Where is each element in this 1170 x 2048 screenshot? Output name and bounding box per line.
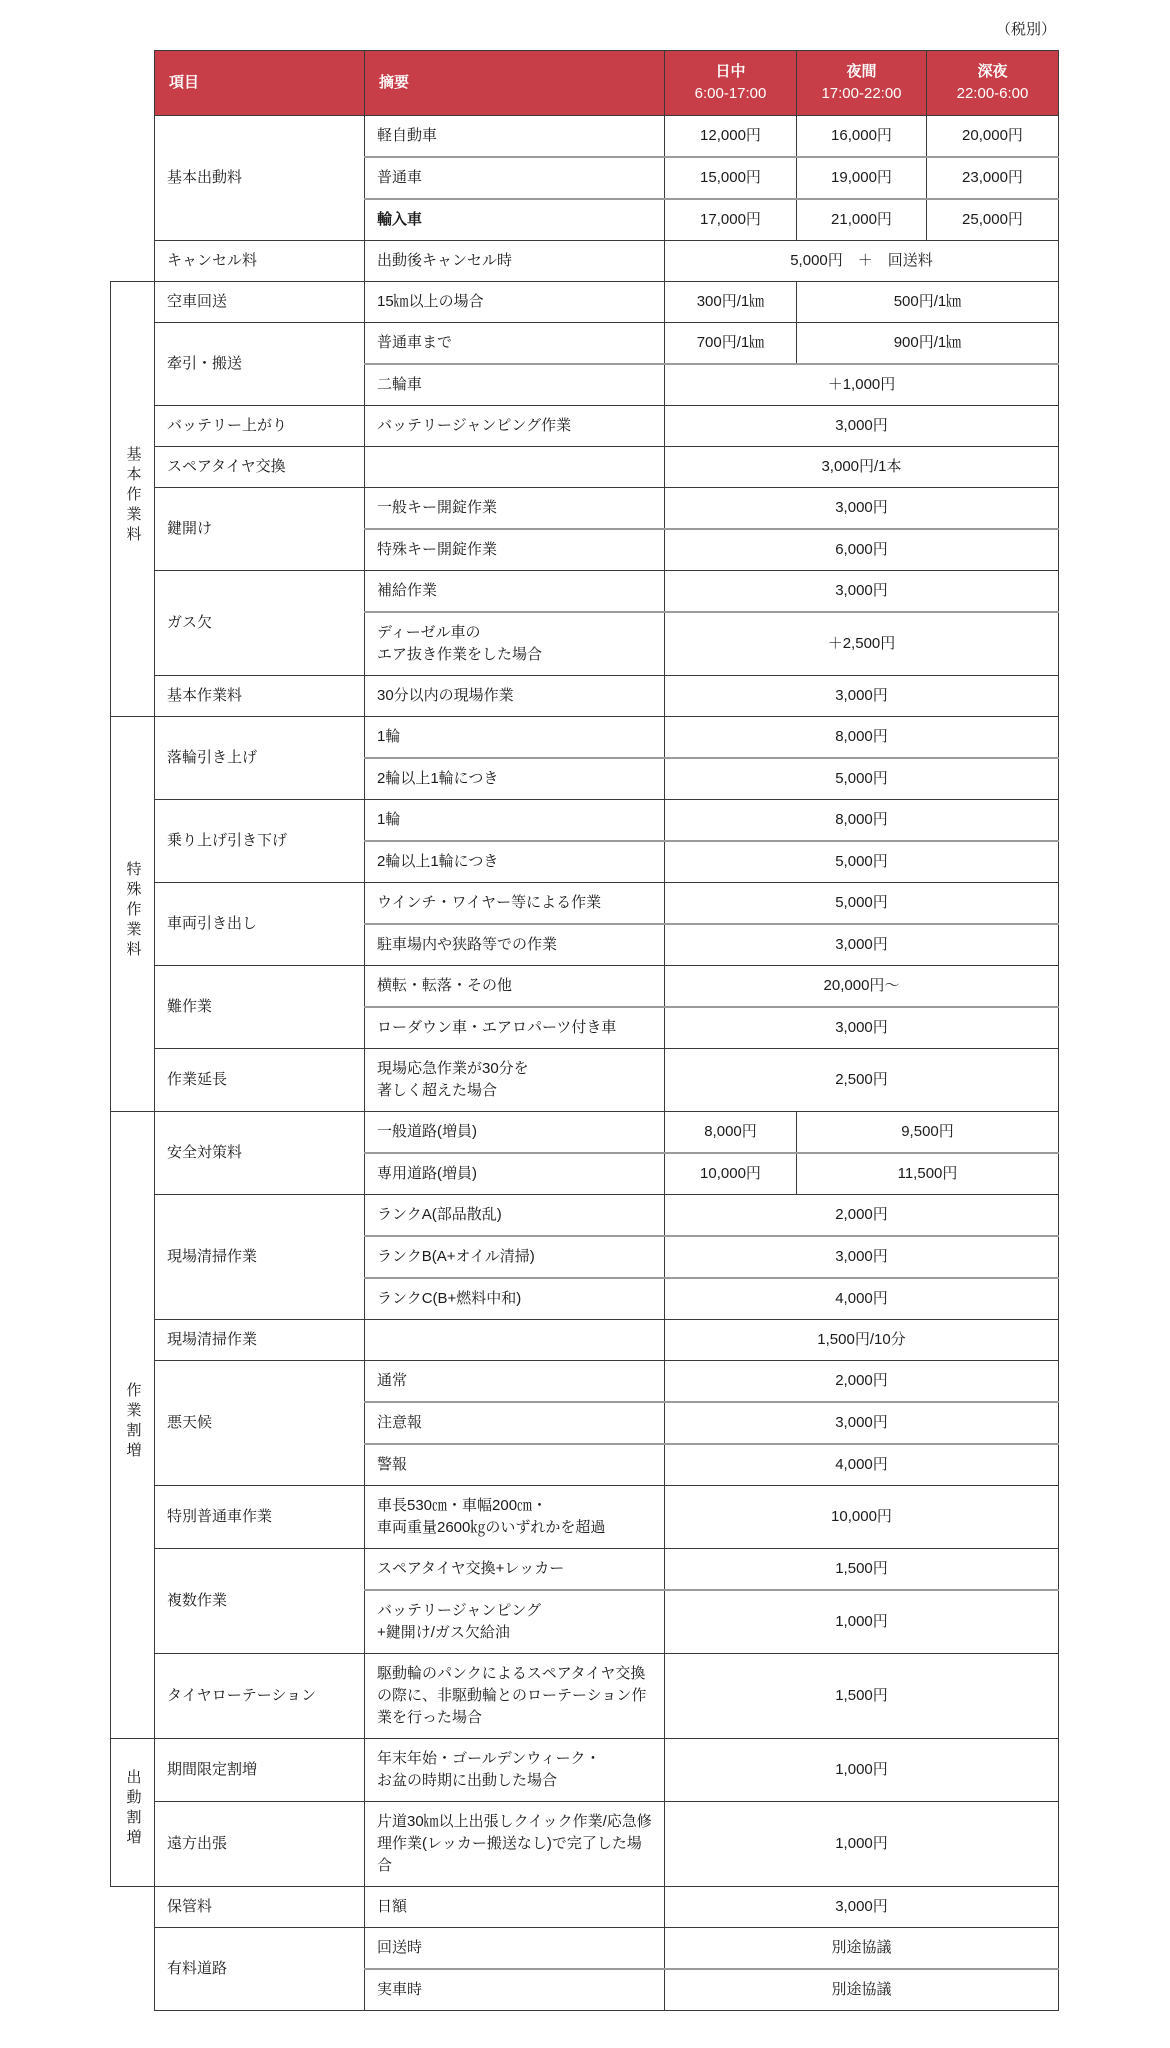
price-cell-merged: 3,000円 [665,1402,1059,1444]
summary-cell: 横転・転落・その他 [365,966,665,1008]
summary-cell: 実車時 [365,1969,665,2011]
table-row: タイヤローテーション 駆動輪のパンクによるスペアタイヤ交換の際に、非駆動輪とのロ… [111,1654,1059,1739]
price-cell-merged: 3,000円 [665,406,1059,447]
summary-cell: 注意報 [365,1402,665,1444]
summary-cell: 30分以内の現場作業 [365,676,665,717]
price-cell-merged: 20,000円～ [665,966,1059,1008]
summary-cell: 1輪 [365,800,665,842]
table-row: 作業延長 現場応急作業が30分を 著しく超えた場合 2,500円 [111,1049,1059,1112]
summary-cell: 普通車 [365,157,665,199]
summary-cell: 回送時 [365,1928,665,1970]
summary-cell: 1輪 [365,717,665,759]
header-daytime-label: 日中 [671,61,790,83]
table-row: 難作業 横転・転落・その他 20,000円～ [111,966,1059,1008]
header-daytime-hours: 6:00-17:00 [671,83,790,105]
table-row: 特別普通車作業 車長530㎝・車幅200㎝・ 車両重量2600㎏のいずれかを超過… [111,1486,1059,1549]
page-container: （税別） 項目 摘要 日中 6:00-17:00 夜間 17:00-22:00 … [110,20,1058,2011]
table-row: 鍵開け 一般キー開錠作業 3,000円 [111,488,1059,530]
price-cell-merged: 1,500円 [665,1654,1059,1739]
price-cell-merged: 別途協議 [665,1928,1059,1970]
item-cell: 現場清掃作業 [155,1195,365,1320]
table-row: 遠方出張 片道30㎞以上出張しクイック作業/応急修理作業(レッカー搬送なし)で完… [111,1802,1059,1887]
item-cell: 基本出動料 [155,116,365,241]
header-night-hours: 17:00-22:00 [803,83,920,105]
table-row: 複数作業 スペアタイヤ交換+レッカー 1,500円 [111,1549,1059,1591]
header-night-label: 夜間 [803,61,920,83]
table-row: 出動割増 期間限定割増 年末年始・ゴールデンウィーク・ お盆の時期に出動した場合… [111,1739,1059,1802]
group-label: 作業割増 [122,1382,144,1462]
header-late-night-label: 深夜 [933,61,1052,83]
header-night: 夜間 17:00-22:00 [797,51,927,116]
summary-cell: 現場応急作業が30分を 著しく超えた場合 [365,1049,665,1112]
item-cell: 作業延長 [155,1049,365,1112]
item-cell: キャンセル料 [155,241,365,282]
table-row: 現場清掃作業 ランクA(部品散乱) 2,000円 [111,1195,1059,1237]
price-cell-merged: 3,000円 [665,1887,1059,1928]
item-cell: 有料道路 [155,1928,365,2011]
header-daytime: 日中 6:00-17:00 [665,51,797,116]
table-row: 現場清掃作業 1,500円/10分 [111,1320,1059,1361]
tax-note: （税別） [110,20,1056,40]
price-cell-merged: 10,000円 [665,1486,1059,1549]
summary-cell: 2輪以上1輪につき [365,841,665,883]
price-cell-merged: 5,000円 ＋ 回送料 [665,241,1059,282]
group-column-spacer [111,116,155,282]
summary-cell: 出動後キャンセル時 [365,241,665,282]
table-row: 保管料 日額 3,000円 [111,1887,1059,1928]
price-cell: 16,000円 [797,116,927,158]
summary-cell: 駐車場内や狭路等での作業 [365,924,665,966]
price-cell-merged: 8,000円 [665,717,1059,759]
item-cell: ガス欠 [155,571,365,676]
summary-cell: 軽自動車 [365,116,665,158]
summary-cell: 2輪以上1輪につき [365,758,665,800]
price-cell-merged: 1,500円 [665,1549,1059,1591]
header-summary: 摘要 [365,51,665,116]
group-label: 基本作業料 [122,446,144,546]
summary-cell: 特殊キー開錠作業 [365,529,665,571]
price-cell-merged: 3,000円 [665,571,1059,613]
summary-cell: 一般道路(増員) [365,1112,665,1154]
price-cell: 23,000円 [927,157,1059,199]
price-cell-merged: 2,000円 [665,1361,1059,1403]
group-label-cell: 作業割増 [111,1112,155,1739]
summary-cell: ディーゼル車の エア抜き作業をした場合 [365,612,665,676]
price-cell: 700円/1㎞ [665,323,797,365]
price-cell: 8,000円 [665,1112,797,1154]
group-label-cell: 出動割増 [111,1739,155,1887]
summary-cell: 15㎞以上の場合 [365,282,665,323]
group-label-cell: 基本作業料 [111,282,155,717]
group-column-spacer [111,1887,155,2011]
item-cell: 乗り上げ引き下げ [155,800,365,883]
table-row: ガス欠 補給作業 3,000円 [111,571,1059,613]
summary-cell: 一般キー開錠作業 [365,488,665,530]
table-row: キャンセル料 出動後キャンセル時 5,000円 ＋ 回送料 [111,241,1059,282]
item-cell: 遠方出張 [155,1802,365,1887]
item-cell: 落輪引き上げ [155,717,365,800]
price-cell-merged: ＋1,000円 [665,364,1059,406]
summary-cell: スペアタイヤ交換+レッカー [365,1549,665,1591]
item-cell: タイヤローテーション [155,1654,365,1739]
table-row: 乗り上げ引き下げ 1輪 8,000円 [111,800,1059,842]
summary-cell: 車長530㎝・車幅200㎝・ 車両重量2600㎏のいずれかを超過 [365,1486,665,1549]
item-cell: 悪天候 [155,1361,365,1486]
price-cell: 21,000円 [797,199,927,241]
item-cell: 安全対策料 [155,1112,365,1195]
price-cell: 17,000円 [665,199,797,241]
group-label: 出動割増 [122,1769,144,1849]
price-cell-merged: 1,000円 [665,1739,1059,1802]
item-cell: 車両引き出し [155,883,365,966]
summary-cell: ランクC(B+燃料中和) [365,1278,665,1320]
price-cell-merged: 2,000円 [665,1195,1059,1237]
price-cell-merged: 1,000円 [665,1590,1059,1654]
item-cell: スペアタイヤ交換 [155,447,365,488]
summary-cell: 片道30㎞以上出張しクイック作業/応急修理作業(レッカー搬送なし)で完了した場合 [365,1802,665,1887]
price-cell-merged: 4,000円 [665,1278,1059,1320]
price-cell: 12,000円 [665,116,797,158]
table-row: 作業割増 安全対策料 一般道路(増員) 8,000円 9,500円 [111,1112,1059,1154]
summary-cell: 二輪車 [365,364,665,406]
price-cell-merged: ＋2,500円 [665,612,1059,676]
header-late-night-hours: 22:00-6:00 [933,83,1052,105]
table-header-row: 項目 摘要 日中 6:00-17:00 夜間 17:00-22:00 深夜 22… [111,51,1059,116]
table-row: 特殊作業料 落輪引き上げ 1輪 8,000円 [111,717,1059,759]
item-cell: 空車回送 [155,282,365,323]
price-cell-merged: 500円/1㎞ [797,282,1059,323]
header-item: 項目 [155,51,365,116]
price-cell: 20,000円 [927,116,1059,158]
summary-cell [365,447,665,488]
summary-cell: ランクB(A+オイル清掃) [365,1236,665,1278]
price-cell-merged: 3,000円 [665,1236,1059,1278]
item-cell: バッテリー上がり [155,406,365,447]
summary-cell [365,1320,665,1361]
item-cell: 複数作業 [155,1549,365,1654]
price-cell-merged: 3,000円 [665,1007,1059,1049]
table-row: 基本出動料 軽自動車 12,000円 16,000円 20,000円 [111,116,1059,158]
table-row: 牽引・搬送 普通車まで 700円/1㎞ 900円/1㎞ [111,323,1059,365]
summary-cell: 普通車まで [365,323,665,365]
price-cell-merged: 1,500円/10分 [665,1320,1059,1361]
item-cell: 現場清掃作業 [155,1320,365,1361]
header-late-night: 深夜 22:00-6:00 [927,51,1059,116]
price-cell-merged: 8,000円 [665,800,1059,842]
item-cell: 牽引・搬送 [155,323,365,406]
summary-cell: バッテリージャンピング +鍵開け/ガス欠給油 [365,1590,665,1654]
summary-cell: 駆動輪のパンクによるスペアタイヤ交換の際に、非駆動輪とのローテーション作業を行っ… [365,1654,665,1739]
price-cell: 25,000円 [927,199,1059,241]
price-cell: 300円/1㎞ [665,282,797,323]
item-cell: 基本作業料 [155,676,365,717]
group-label: 特殊作業料 [122,861,144,961]
table-row: 車両引き出し ウインチ・ワイヤー等による作業 5,000円 [111,883,1059,925]
price-cell-merged: 3,000円 [665,488,1059,530]
price-cell-merged: 4,000円 [665,1444,1059,1486]
price-cell-merged: 11,500円 [797,1153,1059,1195]
price-cell-merged: 2,500円 [665,1049,1059,1112]
table-row: スペアタイヤ交換 3,000円/1本 [111,447,1059,488]
price-cell-merged: 900円/1㎞ [797,323,1059,365]
table-row: 基本作業料 30分以内の現場作業 3,000円 [111,676,1059,717]
summary-cell: ローダウン車・エアロパーツ付き車 [365,1007,665,1049]
summary-cell: 通常 [365,1361,665,1403]
price-cell-merged: 5,000円 [665,758,1059,800]
group-label-cell: 特殊作業料 [111,717,155,1112]
item-cell: 鍵開け [155,488,365,571]
price-cell-merged: 3,000円/1本 [665,447,1059,488]
summary-cell: 警報 [365,1444,665,1486]
table-row: 有料道路 回送時 別途協議 [111,1928,1059,1970]
summary-cell: 専用道路(増員) [365,1153,665,1195]
item-cell: 特別普通車作業 [155,1486,365,1549]
price-cell: 19,000円 [797,157,927,199]
price-cell-merged: 5,000円 [665,841,1059,883]
price-cell-merged: 3,000円 [665,924,1059,966]
item-cell: 保管料 [155,1887,365,1928]
table-row: バッテリー上がり バッテリージャンピング作業 3,000円 [111,406,1059,447]
price-cell-merged: 5,000円 [665,883,1059,925]
price-cell-merged: 別途協議 [665,1969,1059,2011]
item-cell: 難作業 [155,966,365,1049]
price-cell-merged: 9,500円 [797,1112,1059,1154]
summary-cell: 年末年始・ゴールデンウィーク・ お盆の時期に出動した場合 [365,1739,665,1802]
summary-cell: バッテリージャンピング作業 [365,406,665,447]
group-column-spacer [111,51,155,116]
summary-cell: 日額 [365,1887,665,1928]
item-cell: 期間限定割増 [155,1739,365,1802]
summary-cell: 輸入車 [365,199,665,241]
price-cell-merged: 3,000円 [665,676,1059,717]
price-table: 項目 摘要 日中 6:00-17:00 夜間 17:00-22:00 深夜 22… [110,50,1059,2011]
summary-cell: ランクA(部品散乱) [365,1195,665,1237]
price-cell: 10,000円 [665,1153,797,1195]
price-cell: 15,000円 [665,157,797,199]
table-row: 悪天候 通常 2,000円 [111,1361,1059,1403]
summary-cell: ウインチ・ワイヤー等による作業 [365,883,665,925]
price-cell-merged: 1,000円 [665,1802,1059,1887]
table-row: 基本作業料 空車回送 15㎞以上の場合 300円/1㎞ 500円/1㎞ [111,282,1059,323]
summary-cell: 補給作業 [365,571,665,613]
price-cell-merged: 6,000円 [665,529,1059,571]
